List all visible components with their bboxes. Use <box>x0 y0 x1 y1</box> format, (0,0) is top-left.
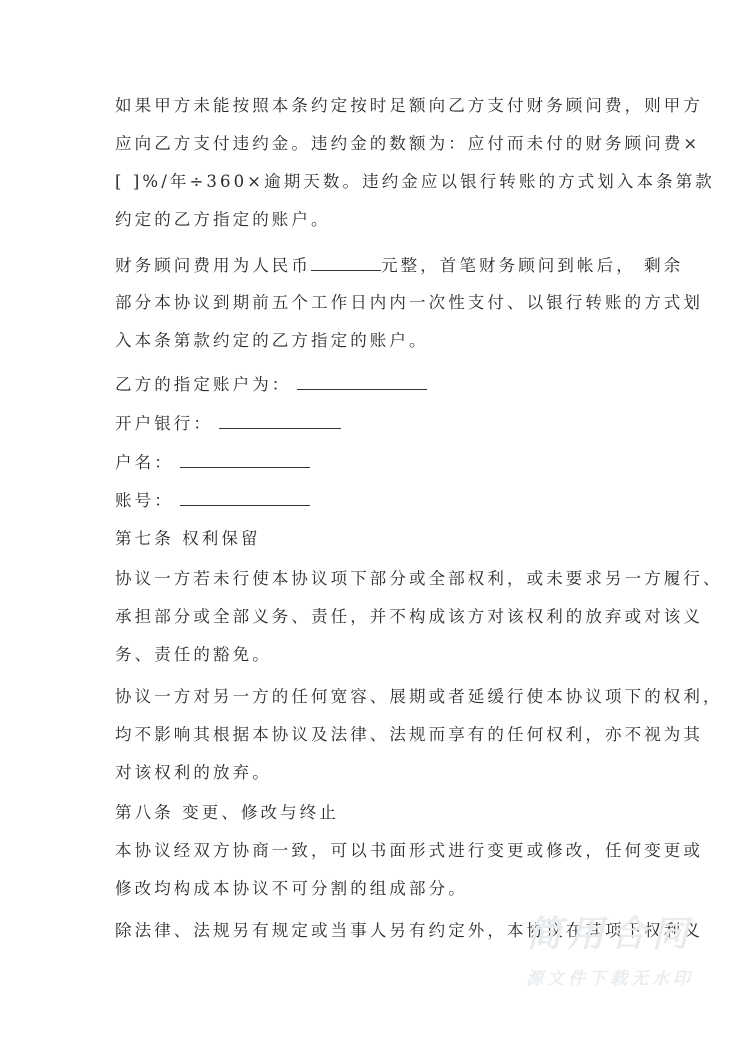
fee-line: 财务顾问费用为人民币元整，首笔财务顾问到帐后， 剩余 <box>115 254 683 277</box>
paragraph-line: [ ]%/年÷360×逾期天数。违约金应以银行转账的方式划入本条第款 <box>115 171 715 193</box>
designated-account-blank[interactable] <box>297 373 427 390</box>
field-label: 户名： <box>115 453 174 472</box>
field-label: 开户银行： <box>115 414 213 433</box>
fee-amount-blank[interactable] <box>311 254 381 271</box>
paragraph-line: 务、责任的豁免。 <box>115 644 272 666</box>
account-number-blank[interactable] <box>180 489 310 506</box>
fee-line-suffix: 元整，首笔财务顾问到帐后， 剩余 <box>381 256 683 275</box>
paragraph-line: 承担部分或全部义务、责任，并不构成该方对该权利的放弃或对该义 <box>115 606 703 628</box>
paragraph-line: 均不影响其根据本协议及法律、法规而享有的任何权利，亦不视为其 <box>115 724 703 746</box>
field-label: 账号： <box>115 491 174 510</box>
paragraph-line: 部分本协议到期前五个工作日内内一次性支付、以银行转账的方式划 <box>115 292 703 314</box>
document-page: 如果甲方未能按照本条约定按时足额向乙方支付财务顾问费，则甲方 应向乙方支付违约金… <box>0 0 742 1049</box>
paragraph-line: 对该权利的放弃。 <box>115 762 272 784</box>
article-8-heading: 第八条 变更、修改与终止 <box>115 802 339 824</box>
paragraph-line: 修改均构成本协议不可分割的组成部分。 <box>115 878 468 900</box>
fee-line-prefix: 财务顾问费用为人民币 <box>115 256 311 275</box>
paragraph-line: 应向乙方支付违约金。违约金的数额为：应付而未付的财务顾问费× <box>115 133 700 155</box>
account-field-designated: 乙方的指定账户为： <box>115 373 427 396</box>
paragraph-line: 约定的乙方指定的账户。 <box>115 209 331 231</box>
paragraph-line: 本协议经双方协商一致，可以书面形式进行变更或修改，任何变更或 <box>115 840 703 862</box>
account-field-number: 账号： <box>115 489 310 512</box>
paragraph-line: 如果甲方未能按照本条约定按时足额向乙方支付财务顾问费，则甲方 <box>115 95 703 117</box>
account-name-blank[interactable] <box>180 451 310 468</box>
article-7-heading: 第七条 权利保留 <box>115 528 261 550</box>
paragraph-line: 除法律、法规另有规定或当事人另有约定外，本协议在其项下权利义 <box>115 920 703 942</box>
account-field-name: 户名： <box>115 451 310 474</box>
paragraph-line: 协议一方若未行使本协议项下部分或全部权利，或未要求另一方履行、 <box>115 568 723 590</box>
paragraph-line: 入本条第款约定的乙方指定的账户。 <box>115 330 429 352</box>
bank-blank[interactable] <box>219 412 341 429</box>
field-label: 乙方的指定账户为： <box>115 375 291 394</box>
account-field-bank: 开户银行： <box>115 412 341 435</box>
watermark-subtitle: 源文件下载无水印 <box>510 967 710 991</box>
paragraph-line: 协议一方对另一方的任何宽容、展期或者延缓行使本协议项下的权利， <box>115 686 723 708</box>
